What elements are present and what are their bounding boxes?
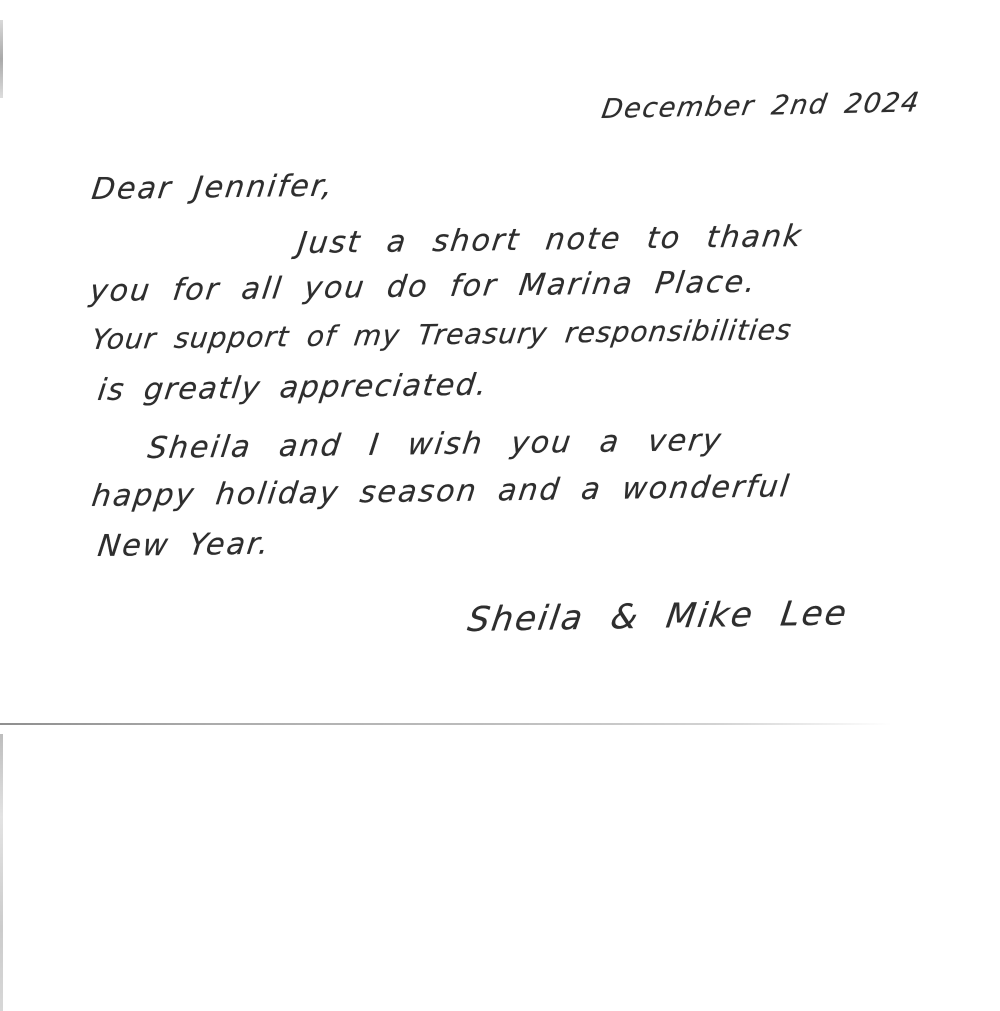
scan-artifact-horizontal-edge	[0, 723, 892, 725]
letter-body-line: Just a short note to thank	[296, 219, 805, 261]
scanned-letter-page: December 2nd 2024 Dear Jennifer, Just a …	[0, 0, 1000, 1011]
letter-body-line: Sheila and I wish you a very	[146, 423, 725, 466]
letter-salutation: Dear Jennifer,	[90, 169, 337, 207]
scan-artifact-left-edge-top	[0, 20, 3, 98]
letter-body-line: Your support of my Treasury responsibili…	[90, 313, 794, 356]
letter-body-line: you for all you do for Marina Place.	[88, 265, 759, 309]
letter-body-line: New Year.	[96, 527, 273, 564]
letter-signature: Sheila & Mike Lee	[465, 593, 851, 640]
letter-body-line: happy holiday season and a wonderful	[90, 469, 793, 514]
letter-date: December 2nd 2024	[600, 87, 923, 125]
scan-artifact-left-edge-bottom	[0, 734, 3, 1011]
letter-body-line: is greatly appreciated.	[96, 368, 490, 408]
